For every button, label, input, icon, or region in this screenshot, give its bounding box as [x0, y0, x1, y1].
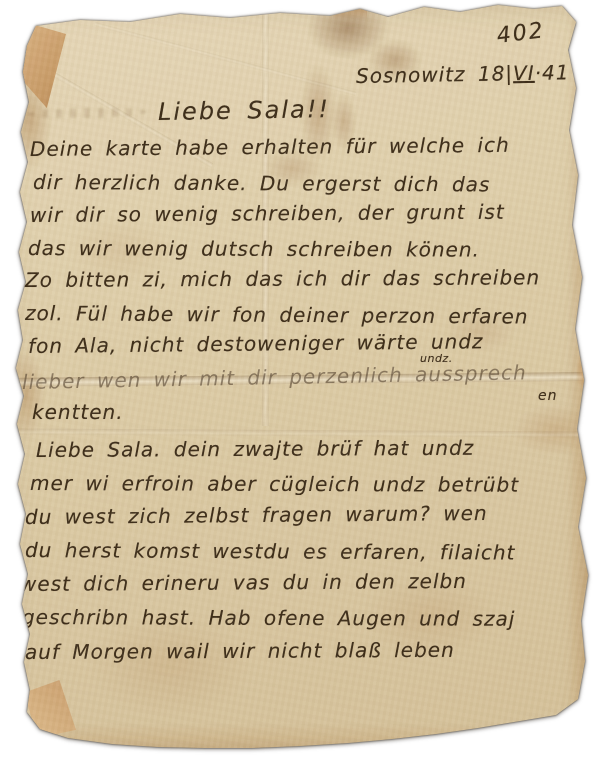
dog-ear-fold-bottom-left — [24, 680, 76, 738]
letter-line-13: du herst komst westdu es erfaren, filaic… — [25, 538, 516, 565]
letter-line-6: zol. Fül habe wir fon deiner perzon erfa… — [25, 301, 529, 329]
letter-line-12: du west zich zelbst fragen warum? wen — [25, 501, 488, 529]
torn-notch-top-edge — [333, 6, 367, 20]
letter-line-5: Zo bitten zi, mich das ich dir das schre… — [25, 265, 540, 292]
letter-line-7: fon Ala, nicht destoweniger wärte undz — [28, 329, 484, 358]
worn-notch-right-edge — [552, 348, 592, 394]
letter-line-1: Deine karte habe erhalten für welche ich — [30, 133, 510, 161]
letter-paper: 402 Sosnowitz 18|VI·41 r. Liebe Sala!! D… — [0, 0, 593, 757]
ink-bleed-ghost — [28, 107, 148, 119]
letter-line-9: kentten. — [32, 400, 124, 424]
letter-line-4: das wir wenig dutsch schreiben könen. — [28, 236, 480, 262]
worn-corner-bottom-right — [539, 687, 591, 749]
letter-line-11: mer wi erfroin aber cügleich undz betrüb… — [30, 471, 519, 497]
scanned-letter-page: 402 Sosnowitz 18|VI·41 r. Liebe Sala!! D… — [0, 0, 593, 757]
salutation: Liebe Sala!! — [158, 95, 330, 126]
dateline-month-roman: VI — [513, 61, 535, 85]
interlinear-insertion: undz. — [420, 352, 453, 365]
letter-line-16: auf Morgen wail wir nicht blaß leben — [25, 638, 455, 664]
page-number: 402 — [495, 18, 546, 49]
dateline: Sosnowitz 18|VI·41 r. — [356, 60, 593, 88]
letter-line-15: geschribn hast. Hab ofene Augen und szaj — [22, 605, 515, 631]
letter-line-8-faded: lieber wen wir mit dir perzenlich ausspr… — [22, 360, 527, 394]
letter-line-14: west dich erineru vas du in den zelbn — [20, 569, 467, 596]
dateline-place-day: Sosnowitz 18| — [356, 61, 513, 88]
letter-line-3: wir dir so wenig schreiben, der grunt is… — [30, 200, 505, 227]
letter-line-10: Liebe Sala. dein zwajte brüf hat undz — [36, 436, 474, 462]
letter-line-2: dir herzlich danke. Du ergerst dich das — [33, 170, 490, 196]
dateline-year: ·41 r. — [534, 60, 593, 85]
diagonal-crease-top — [94, 22, 356, 96]
line-continuation: en — [538, 388, 558, 404]
paper-shadow-wrap: 402 Sosnowitz 18|VI·41 r. Liebe Sala!! D… — [0, 0, 593, 757]
torn-fold-top-left — [18, 22, 66, 108]
